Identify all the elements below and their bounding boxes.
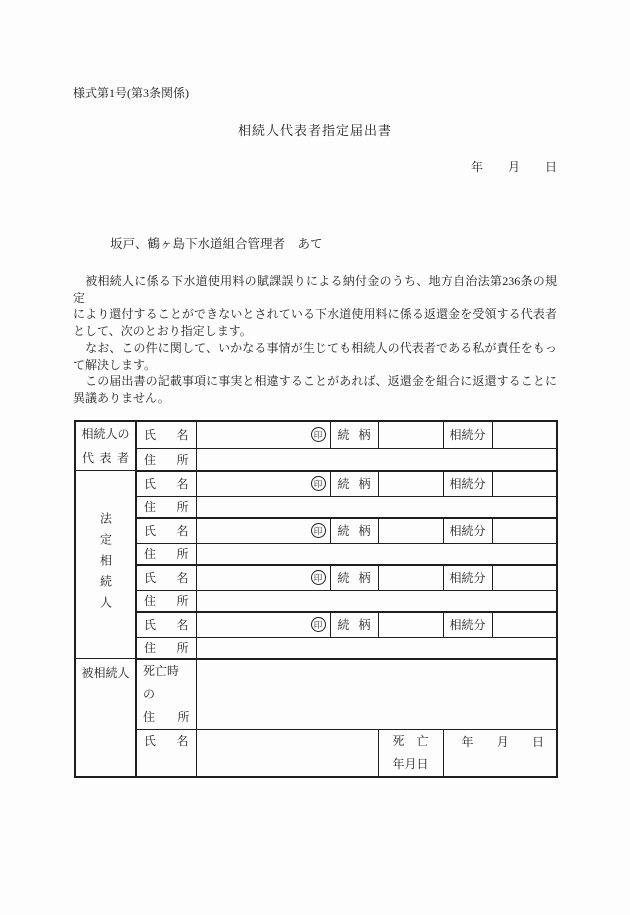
form-number: 様式第1号(第3条関係) (73, 84, 189, 101)
heirs-form-table: 相続人の 代 表 者 氏名 印 続柄 相続分 (74, 420, 558, 778)
decedent-name-row: 氏名 死 亡 年月日 年 月 日 (75, 729, 557, 777)
page-title: 相続人代表者指定届出書 (0, 120, 630, 139)
heir-name-row: 氏名 印 続柄 相続分 (75, 565, 557, 591)
body-line: て解決します。 (73, 357, 557, 374)
document-page: 様式第1号(第3条関係) 相続人代表者指定届出書 年 月 日 坂戸、鶴ヶ島下水道… (0, 0, 630, 915)
share-label: 相続分 (443, 518, 492, 544)
death-year-label: 年 (462, 733, 474, 750)
name-input-cell: 印 (196, 421, 330, 448)
address-label: 住所 (136, 544, 196, 565)
seal-icon: 印 (311, 476, 326, 491)
share-input-cell (492, 518, 557, 544)
share-input-cell (492, 565, 557, 591)
decedent-name-input-cell (196, 729, 378, 777)
relation-input-cell (378, 565, 443, 591)
address-label: 住所 (136, 448, 196, 470)
death-day-label: 日 (532, 733, 544, 750)
relation-label: 続柄 (330, 612, 378, 638)
address-input-cell (196, 448, 557, 470)
representative-name-row: 相続人の 代 表 者 氏名 印 続柄 相続分 (75, 421, 557, 448)
name-label: 氏名 (136, 471, 196, 497)
relation-label: 続柄 (330, 565, 378, 591)
name-label: 氏名 (136, 518, 196, 544)
death-date-label: 死 亡 年月日 (378, 729, 443, 777)
seal-icon: 印 (311, 523, 326, 538)
address-label: 住所 (136, 638, 196, 659)
group-label-decedent: 被相続人 (75, 659, 136, 777)
share-label: 相続分 (443, 421, 492, 448)
death-date-input-cell: 年 月 日 (443, 729, 557, 777)
address-input-cell (196, 544, 557, 565)
relation-label: 続柄 (330, 518, 378, 544)
share-label: 相続分 (443, 612, 492, 638)
heir-address-row: 住所 (75, 497, 557, 518)
body-line: なお、この件に関して、いかなる事情が生じても相続人の代表者である私が責任をもっ (73, 340, 557, 357)
share-input-cell (492, 471, 557, 497)
heir-address-row: 住所 (75, 638, 557, 659)
name-label: 氏名 (136, 612, 196, 638)
share-input-cell (492, 612, 557, 638)
death-address-input-cell (196, 659, 557, 730)
heir-name-row: 法定相続人 氏名 印 続柄 相続分 (75, 471, 557, 497)
share-label: 相続分 (443, 471, 492, 497)
heir-address-row: 住所 (75, 591, 557, 612)
address-label: 住所 (136, 497, 196, 518)
date-day-label: 日 (545, 158, 557, 175)
name-input-cell: 印 (196, 612, 330, 638)
date-line: 年 月 日 (471, 158, 557, 175)
seal-icon: 印 (311, 617, 326, 632)
share-input-cell (492, 421, 557, 448)
name-input-cell: 印 (196, 471, 330, 497)
body-line: 被相続人に係る下水道使用料の賦課誤りによる納付金のうち、地方自治法第236条の規… (73, 273, 557, 306)
relation-label: 続柄 (330, 471, 378, 497)
share-label: 相続分 (443, 565, 492, 591)
addressee-line: 坂戸、鶴ヶ島下水道組合管理者 あて (110, 234, 323, 252)
name-label: 氏名 (136, 729, 196, 777)
body-text: 被相続人に係る下水道使用料の賦課誤りによる納付金のうち、地方自治法第236条の規… (73, 273, 557, 407)
relation-input-cell (378, 421, 443, 448)
decedent-address-row: 被相続人 死亡時の 住所 (75, 659, 557, 730)
group-label-legal-heirs: 法定相続人 (75, 471, 136, 659)
date-month-label: 月 (508, 158, 520, 175)
body-line: として、次のとおり指定します。 (73, 323, 557, 340)
name-label: 氏名 (136, 421, 196, 448)
address-input-cell (196, 497, 557, 518)
name-input-cell: 印 (196, 518, 330, 544)
body-line: この届出書の記載事項に事実と相違することがあれば、返還金を組合に返還することに (73, 373, 557, 390)
death-address-label: 死亡時の 住所 (136, 659, 196, 730)
body-line: により還付することができないとされている下水道使用料に係る返還金を受領する代表者 (73, 306, 557, 323)
address-label: 住所 (136, 591, 196, 612)
body-line: 異議ありません。 (73, 390, 557, 407)
address-input-cell (196, 591, 557, 612)
name-input-cell: 印 (196, 565, 330, 591)
address-input-cell (196, 638, 557, 659)
name-label: 氏名 (136, 565, 196, 591)
relation-input-cell (378, 471, 443, 497)
representative-address-row: 住所 (75, 448, 557, 470)
date-year-label: 年 (471, 158, 483, 175)
heir-name-row: 氏名 印 続柄 相続分 (75, 612, 557, 638)
relation-input-cell (378, 612, 443, 638)
relation-label: 続柄 (330, 421, 378, 448)
heir-address-row: 住所 (75, 544, 557, 565)
relation-input-cell (378, 518, 443, 544)
seal-icon: 印 (311, 427, 326, 442)
seal-icon: 印 (311, 570, 326, 585)
death-month-label: 月 (497, 733, 509, 750)
heir-name-row: 氏名 印 続柄 相続分 (75, 518, 557, 544)
group-label-representative: 相続人の 代 表 者 (75, 421, 136, 471)
